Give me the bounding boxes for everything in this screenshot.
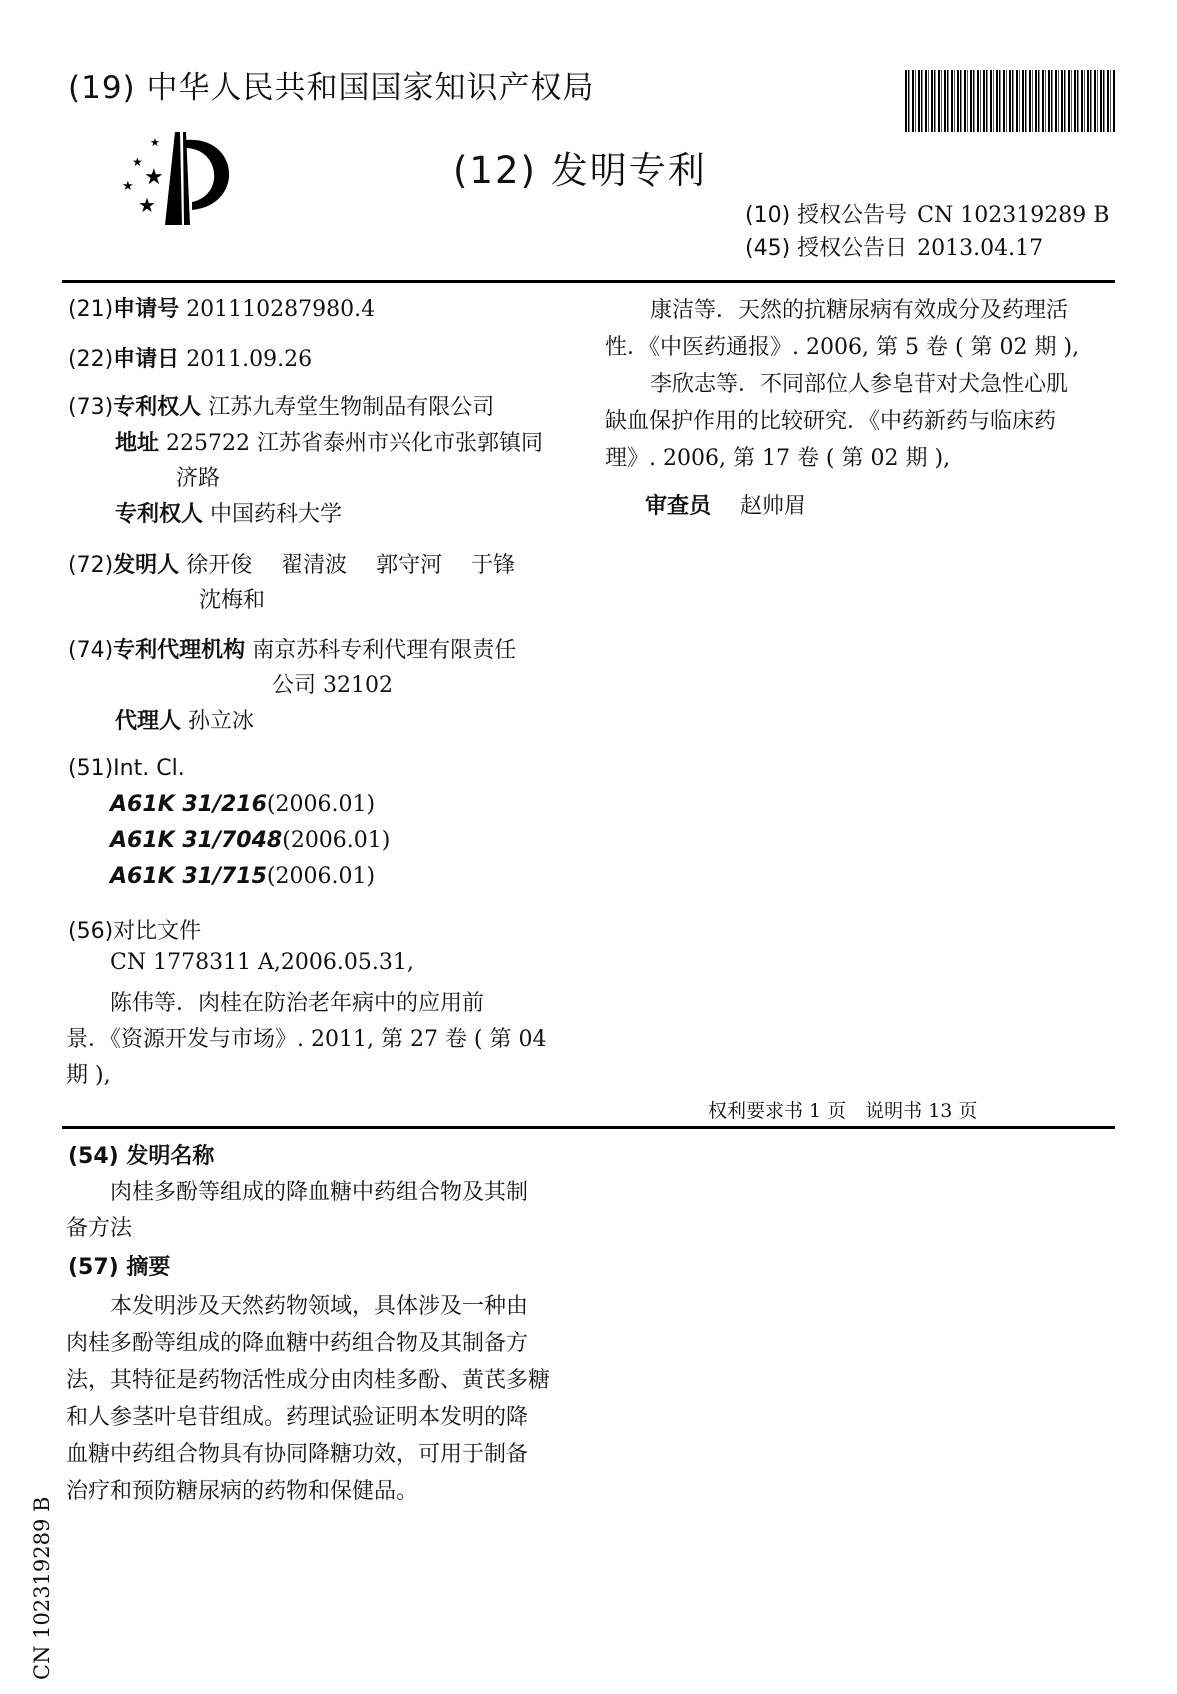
- reference-item: 李欣志等．不同部位人参皂苷对犬急性心肌: [650, 367, 1068, 398]
- document-kind-title: (12) 发明专利: [453, 140, 707, 194]
- reference-item-cont: 期 ),: [66, 1058, 111, 1089]
- page-counts: 权利要求书 1 页 说明书 13 页: [708, 1096, 977, 1123]
- reference-item-cont: 理》. 2006, 第 17 卷 ( 第 02 期 ),: [605, 441, 950, 472]
- abstract-line: 血糖中药组合物具有协同降糖功效，可用于制备: [66, 1437, 528, 1468]
- grant-pub-date-value: 2013.04.17: [917, 236, 1043, 261]
- grant-pub-number-label: (10) 授权公告号: [745, 203, 907, 228]
- svg-text:★: ★: [122, 179, 134, 194]
- svg-text:★: ★: [150, 136, 160, 149]
- abstract-line: 和人参茎叶皂苷组成。药理试验证明本发明的降: [66, 1400, 528, 1431]
- int-cl-item: A61K 31/715(2006.01): [110, 864, 375, 889]
- grant-pub-date-label: (45) 授权公告日: [745, 236, 907, 261]
- int-cl-item: A61K 31/7048(2006.01): [110, 828, 390, 853]
- inventors-cont: 沈梅和: [199, 583, 265, 614]
- int-cl-item: A61K 31/216(2006.01): [110, 792, 375, 817]
- abstract-heading: (57) 摘要: [68, 1250, 170, 1281]
- int-cl-heading: (51)Int. Cl.: [68, 756, 185, 781]
- reference-item: CN 1778311 A,2006.05.31,: [110, 950, 414, 975]
- grant-pub-number: (10) 授权公告号CN 102319289 B: [745, 198, 1109, 229]
- issuing-office: (19) 中华人民共和国国家知识产权局: [68, 62, 595, 107]
- barcode-icon: [905, 70, 1115, 132]
- middle-divider: [62, 1126, 1115, 1129]
- patentee-primary: (73)专利权人 江苏九寿堂生物制品有限公司: [68, 390, 494, 421]
- svg-text:★: ★: [138, 193, 156, 217]
- abstract-line: 法，其特征是药物活性成分由肉桂多酚、黄芪多糖: [66, 1363, 550, 1394]
- svg-text:★: ★: [132, 155, 143, 169]
- patent-agency: (74)专利代理机构 南京苏科专利代理有限责任: [68, 633, 516, 664]
- examiner-name: 赵帅眉: [740, 494, 806, 519]
- title-heading: (54) 发明名称: [68, 1139, 214, 1170]
- references-heading: (56)对比文件: [68, 914, 201, 945]
- grant-pub-date: (45) 授权公告日2013.04.17: [745, 231, 1043, 262]
- invention-title-cont: 备方法: [66, 1211, 132, 1242]
- svg-text:★: ★: [144, 165, 164, 190]
- reference-item: 陈伟等．肉桂在防治老年病中的应用前: [110, 986, 484, 1017]
- abstract-line: 本发明涉及天然药物领域，具体涉及一种由: [110, 1289, 528, 1320]
- reference-item-cont: 缺血保护作用的比较研究．《中药新药与临床药: [605, 404, 1056, 435]
- patent-agency-cont: 公司 32102: [272, 668, 393, 699]
- patentee-address: 地址 225722 江苏省泰州市兴化市张郭镇同: [115, 426, 543, 457]
- patent-agent: 代理人 孙立冰: [115, 704, 254, 735]
- cnipa-logo-icon: ★ ★ ★ ★ ★: [120, 130, 235, 225]
- patentee-address-cont: 济路: [176, 461, 220, 492]
- invention-title: 肉桂多酚等组成的降血糖中药组合物及其制: [110, 1175, 528, 1206]
- grant-pub-number-value: CN 102319289 B: [917, 203, 1109, 228]
- reference-item: 康洁等．天然的抗糖尿病有效成分及药理活: [650, 293, 1068, 324]
- examiner: 审查员 赵帅眉: [645, 489, 806, 520]
- abstract-line: 治疗和预防糖尿病的药物和保健品。: [66, 1474, 418, 1505]
- inventors: (72)发明人 徐开俊 翟清波 郭守河 于锋: [68, 548, 515, 579]
- patentee-secondary: 专利权人 中国药科大学: [115, 497, 342, 528]
- application-number: (21)申请号 201110287980.4: [68, 292, 375, 323]
- application-date: (22)申请日 2011.09.26: [68, 342, 312, 373]
- abstract-line: 肉桂多酚等组成的降血糖中药组合物及其制备方: [66, 1326, 528, 1357]
- examiner-label: 审查员: [645, 494, 711, 519]
- reference-item-cont: 性．《中医药通报》. 2006, 第 5 卷 ( 第 02 期 ),: [605, 330, 1079, 361]
- reference-item-cont: 景．《资源开发与市场》. 2011, 第 27 卷 ( 第 04: [66, 1022, 547, 1053]
- side-patent-number: CN 102319289 B: [30, 1497, 54, 1680]
- top-divider: [62, 280, 1115, 283]
